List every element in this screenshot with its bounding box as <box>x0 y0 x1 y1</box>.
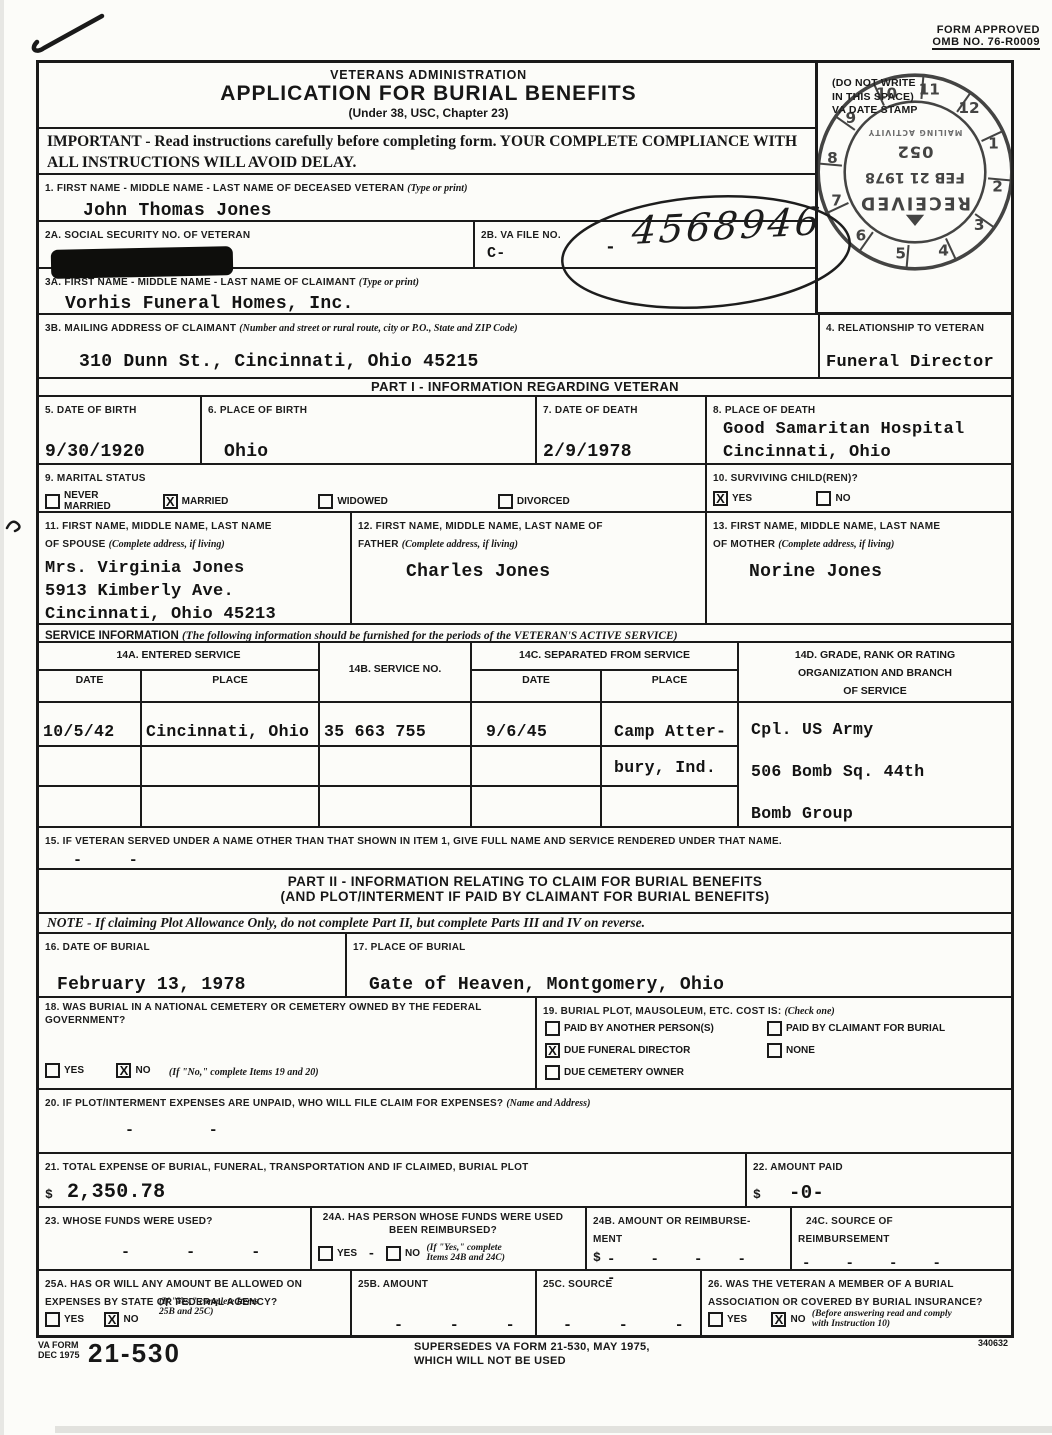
va-form-block: VA FORM DEC 1975 <box>38 1340 80 1361</box>
item-16-17-row: 16. DATE OF BURIAL February 13, 1978 17.… <box>39 934 1011 998</box>
part2-note-row: NOTE - If claiming Plot Allowance Only, … <box>39 914 1011 934</box>
entered-date-value: 10/5/42 <box>39 701 140 745</box>
checkbox-paid-by-claimant-label: PAID BY CLAIMANT FOR BURIAL <box>786 1023 945 1034</box>
item-24a-hint: (If "Yes," complete Items 24B and 24C) <box>426 1243 504 1263</box>
svg-text:2: 2 <box>992 177 1003 195</box>
entered-place-value: Cincinnati, Ohio <box>140 701 318 745</box>
form-approved-block: FORM APPROVED OMB NO. 76-R0009 <box>932 24 1040 50</box>
item-9-label: 9. MARITAL STATUS <box>45 473 146 484</box>
item-24b-cell: 24B. AMOUNT OR REIMBURSE- MENT - - - - -… <box>585 1208 790 1269</box>
checkbox-married-label: MARRIED <box>182 496 229 507</box>
checkbox-surviving-children-yes: X <box>713 491 728 506</box>
form-title: APPLICATION FOR BURIAL BENEFITS <box>39 82 818 106</box>
item-24b-label: 24B. AMOUNT OR REIMBURSE- MENT <box>593 1216 751 1245</box>
date-of-birth-value: 9/30/1920 <box>45 440 194 464</box>
item-8-label: 8. PLACE OF DEATH <box>713 405 815 416</box>
checkbox-national-cemetery-yes-label: YES <box>64 1065 84 1076</box>
item-25c-value: - - - <box>563 1316 694 1336</box>
item-26-hint: (Before answering read and comply with I… <box>812 1309 952 1329</box>
checkbox-surviving-children-yes-label: YES <box>732 493 752 504</box>
item-3b-hint: (Number and street or rural route, city … <box>239 323 517 334</box>
item-20-row: 20. IF PLOT/INTERMENT EXPENSES ARE UNPAI… <box>39 1090 1011 1154</box>
item-20-label: 20. IF PLOT/INTERMENT EXPENSES ARE UNPAI… <box>45 1098 506 1109</box>
item-25b-cell: 25B. AMOUNT - - - <box>350 1271 535 1335</box>
handwritten-circle <box>556 190 860 318</box>
item-23-value: - - - <box>121 1243 304 1263</box>
item-2a-label: 2A. SOCIAL SECURITY NO. OF VETERAN <box>45 230 250 241</box>
svg-text:1: 1 <box>988 135 999 153</box>
item-17-label: 17. PLACE OF BURIAL <box>353 942 466 953</box>
checkbox-due-funeral-director: X <box>545 1043 560 1058</box>
checkbox-never-married <box>45 494 60 509</box>
scan-artifact-bottom <box>55 1426 1052 1433</box>
item-16-cell: 16. DATE OF BURIAL February 13, 1978 <box>39 934 345 996</box>
part2-title: PART II - INFORMATION RELATING TO CLAIM … <box>39 870 1011 912</box>
checkbox-surviving-children-no-label: NO <box>835 493 850 504</box>
part1-header-row: PART I - INFORMATION REGARDING VETERAN <box>39 379 1011 397</box>
part2-header-row: PART II - INFORMATION RELATING TO CLAIM … <box>39 870 1011 914</box>
item-20-hint: (Name and Address) <box>506 1098 590 1109</box>
checkbox-paid-by-another-label: PAID BY ANOTHER PERSON(S) <box>564 1023 714 1034</box>
place-of-birth-value: Ohio <box>224 440 529 464</box>
separated-place-value-1: Camp Atter- <box>600 701 737 745</box>
amount-paid-value: -0- <box>789 1181 1005 1207</box>
part1-title: PART I - INFORMATION REGARDING VETERAN <box>39 379 1011 395</box>
item-9-10-row: 9. MARITAL STATUS NEVER MARRIED XMARRIED… <box>39 465 1011 513</box>
item-25-26-row: 25A. HAS OR WILL ANY AMOUNT BE ALLOWED O… <box>39 1271 1011 1335</box>
service-info-heading-hint: (The following information should be fur… <box>182 630 678 642</box>
item-10-cell: 10. SURVIVING CHILD(REN)? XYES NO <box>705 465 1011 511</box>
checkbox-national-cemetery-yes <box>45 1063 60 1078</box>
service-table-row: 14A. ENTERED SERVICE 14B. SERVICE NO. 14… <box>39 643 1011 828</box>
va-form-label: VA FORM <box>38 1340 80 1350</box>
svg-text:5: 5 <box>895 245 906 263</box>
item-20-value: - - <box>125 1121 1005 1141</box>
checkbox-burial-insurance-no-label: NO <box>790 1314 805 1325</box>
supersedes-note: SUPERSEDES VA FORM 21-530, MAY 1975, WHI… <box>414 1340 650 1369</box>
item-24b-currency: $ <box>593 1250 601 1265</box>
item-23-label: 23. WHOSE FUNDS WERE USED? <box>45 1216 213 1227</box>
item-5-cell: 5. DATE OF BIRTH 9/30/1920 <box>39 397 200 463</box>
item-18-hint: (If "No," complete Items 19 and 20) <box>169 1067 319 1078</box>
checkbox-due-funeral-director-label: DUE FUNERAL DIRECTOR <box>564 1045 690 1056</box>
separated-place-header: PLACE <box>600 669 737 701</box>
col-14c-header: 14C. SEPARATED FROM SERVICE <box>519 646 690 661</box>
item-7-label: 7. DATE OF DEATH <box>543 405 638 416</box>
item-21-label: 21. TOTAL EXPENSE OF BURIAL, FUNERAL, TR… <box>45 1162 529 1173</box>
item-25c-cell: 25C. SOURCE - - - <box>535 1271 700 1335</box>
separated-date-header: DATE <box>470 669 600 701</box>
checkbox-national-cemetery-no-label: NO <box>135 1065 150 1076</box>
form-number: 21-530 <box>88 1338 181 1369</box>
important-notice: IMPORTANT - Read instructions carefully … <box>39 129 818 175</box>
item-22-label: 22. AMOUNT PAID <box>753 1162 843 1173</box>
checkbox-burial-insurance-yes <box>708 1312 723 1327</box>
agency-name: VETERANS ADMINISTRATION <box>39 68 818 82</box>
item-24a-cell: 24A. HAS PERSON WHOSE FUNDS WERE USED BE… <box>310 1208 585 1269</box>
checkbox-state-federal-yes-label: YES <box>64 1314 84 1325</box>
checkbox-national-cemetery-no: X <box>116 1063 131 1078</box>
item-6-cell: 6. PLACE OF BIRTH Ohio <box>200 397 535 463</box>
item-2a-cell: 2A. SOCIAL SECURITY NO. OF VETERAN <box>39 222 473 267</box>
separated-date-value: 9/6/45 <box>470 701 600 745</box>
item-5-8-row: 5. DATE OF BIRTH 9/30/1920 6. PLACE OF B… <box>39 397 1011 465</box>
checkbox-widowed <box>318 494 333 509</box>
item-10-label: 10. SURVIVING CHILD(REN)? <box>713 473 858 484</box>
item-11-hint: (Complete address, if living) <box>109 539 225 550</box>
item-5-label: 5. DATE OF BIRTH <box>45 405 137 416</box>
item-24c-label: 24C. SOURCE OF REIMBURSEMENT <box>798 1216 893 1245</box>
item-21-currency: $ <box>45 1187 53 1202</box>
item-16-label: 16. DATE OF BURIAL <box>45 942 150 953</box>
item-24a-label: 24A. HAS PERSON WHOSE FUNDS WERE USED BE… <box>318 1211 568 1237</box>
item-25c-label: 25C. SOURCE <box>543 1279 612 1290</box>
item-21-22-row: 21. TOTAL EXPENSE OF BURIAL, FUNERAL, TR… <box>39 1154 1011 1208</box>
item-11-13-row: 11. FIRST NAME, MIDDLE NAME, LAST NAME O… <box>39 513 1011 625</box>
svg-text:3: 3 <box>974 216 985 234</box>
checkbox-never-married-label: NEVER MARRIED <box>64 490 111 512</box>
item-3b-4-row: 3B. MAILING ADDRESS OF CLAIMANT (Number … <box>39 315 1011 379</box>
item-15-label: 15. IF VETERAN SERVED UNDER A NAME OTHER… <box>45 836 782 847</box>
item-2b-label: 2B. VA FILE NO. <box>481 230 561 241</box>
item-3b-cell: 3B. MAILING ADDRESS OF CLAIMANT (Number … <box>39 315 818 377</box>
checkbox-none <box>767 1043 782 1058</box>
item-26-cell: 26. WAS THE VETERAN A MEMBER OF A BURIAL… <box>700 1271 1011 1335</box>
item-26-label: 26. WAS THE VETERAN A MEMBER OF A BURIAL… <box>708 1279 983 1308</box>
item-25b-label: 25B. AMOUNT <box>358 1279 428 1290</box>
total-expense-value: 2,350.78 <box>67 1179 739 1206</box>
checkbox-surviving-children-no <box>816 491 831 506</box>
stamp-received-text: RECEIVED <box>859 192 971 212</box>
checkbox-state-federal-no-label: NO <box>123 1314 138 1325</box>
item-19-label: 19. BURIAL PLOT, MAUSOLEUM, ETC. COST IS… <box>543 1006 784 1017</box>
checkbox-widowed-label: WIDOWED <box>337 496 388 507</box>
checkbox-none-label: NONE <box>786 1045 815 1056</box>
svg-text:8: 8 <box>827 149 838 167</box>
item-3a-hint: (Type or print) <box>359 277 419 288</box>
relationship-value: Funeral Director <box>826 352 1005 375</box>
item-7-cell: 7. DATE OF DEATH 2/9/1978 <box>535 397 705 463</box>
item-24c-cell: 24C. SOURCE OF REIMBURSEMENT - - - - <box>790 1208 1011 1269</box>
mother-value: Norine Jones <box>749 560 1005 584</box>
item-1-label: 1. FIRST NAME - MIDDLE NAME - LAST NAME … <box>45 183 407 194</box>
checkbox-married: X <box>163 494 178 509</box>
item-13-cell: 13. FIRST NAME, MIDDLE NAME, LAST NAME O… <box>705 513 1011 623</box>
item-11-cell: 11. FIRST NAME, MIDDLE NAME, LAST NAME O… <box>39 513 350 623</box>
item-25a-cell: 25A. HAS OR WILL ANY AMOUNT BE ALLOWED O… <box>39 1271 350 1335</box>
spouse-value: Mrs. Virginia Jones 5913 Kimberly Ave. C… <box>45 558 344 627</box>
item-4-cell: 4. RELATIONSHIP TO VETERAN Funeral Direc… <box>818 315 1011 377</box>
item-22-currency: $ <box>753 1187 761 1202</box>
svg-text:11: 11 <box>919 81 940 99</box>
col-14a-header: 14A. ENTERED SERVICE <box>116 646 240 661</box>
checkbox-paid-by-another <box>545 1021 560 1036</box>
item-18-cell: 18. WAS BURIAL IN A NATIONAL CEMETERY OR… <box>39 998 535 1088</box>
checkbox-due-cemetery-owner <box>545 1065 560 1080</box>
item-6-label: 6. PLACE OF BIRTH <box>208 405 307 416</box>
item-3a-label: 3A. FIRST NAME - MIDDLE NAME - LAST NAME… <box>45 277 359 288</box>
item-15-row: 15. IF VETERAN SERVED UNDER A NAME OTHER… <box>39 828 1011 870</box>
item-9-cell: 9. MARITAL STATUS NEVER MARRIED XMARRIED… <box>39 465 705 511</box>
stamp-code-text: 052 <box>896 143 933 162</box>
col-14b-header: 14B. SERVICE NO. <box>349 660 442 675</box>
item-3b-label: 3B. MAILING ADDRESS OF CLAIMANT <box>45 323 239 334</box>
checkbox-state-federal-no: X <box>104 1312 119 1327</box>
item-18-label: 18. WAS BURIAL IN A NATIONAL CEMETERY OR… <box>45 1001 485 1027</box>
item-15-value: - - <box>73 851 1005 871</box>
item-23-cell: 23. WHOSE FUNDS WERE USED? - - - <box>39 1208 310 1269</box>
place-of-death-value: Good Samaritan Hospital Cincinnati, Ohio <box>723 419 1005 465</box>
svg-text:9: 9 <box>845 109 856 127</box>
checkbox-reimbursed-yes-label: YES <box>337 1248 357 1259</box>
grade-line-1: Cpl. US Army <box>751 719 873 741</box>
service-no-value: 35 663 755 <box>318 701 470 745</box>
entered-place-header: PLACE <box>140 669 318 701</box>
father-value: Charles Jones <box>406 560 699 584</box>
item-4-label: 4. RELATIONSHIP TO VETERAN <box>826 323 984 334</box>
col-14d-header: 14D. GRADE, RANK OR RATING ORGANIZATION … <box>795 646 955 697</box>
checkbox-divorced <box>498 494 513 509</box>
checkbox-divorced-label: DIVORCED <box>517 496 570 507</box>
checkbox-reimbursed-no-label: NO <box>405 1248 420 1259</box>
service-info-heading-row: SERVICE INFORMATION (The following infor… <box>39 625 1011 643</box>
svg-text:12: 12 <box>958 99 979 117</box>
grade-line-2: 506 Bomb Sq. 44th <box>751 761 924 783</box>
date-of-death-value: 2/9/1978 <box>543 440 699 464</box>
burial-benefits-form: (DO NOT WRITE IN THIS SPACE) VA DATE STA… <box>36 60 1014 1338</box>
item-21-cell: 21. TOTAL EXPENSE OF BURIAL, FUNERAL, TR… <box>39 1154 745 1206</box>
separated-place-value-2: bury, Ind. <box>600 745 737 785</box>
item-13-hint: (Complete address, if living) <box>778 539 894 550</box>
important-notice-row: IMPORTANT - Read instructions carefully … <box>39 129 818 175</box>
eagle-mark <box>906 215 924 226</box>
item-18-19-row: 18. WAS BURIAL IN A NATIONAL CEMETERY OR… <box>39 998 1011 1090</box>
grade-line-3: Bomb Group <box>751 803 853 825</box>
va-form-date: DEC 1975 <box>38 1350 80 1360</box>
checkbox-reimbursed-yes <box>318 1246 333 1261</box>
item-19-cell: 19. BURIAL PLOT, MAUSOLEUM, ETC. COST IS… <box>535 998 1011 1088</box>
item-25a-hint: (If "Yes," complete Items 25B and 25C) <box>159 1297 258 1317</box>
item-19-hint: (Check one) <box>784 1006 834 1017</box>
place-of-burial-value: Gate of Heaven, Montgomery, Ohio <box>369 973 1005 997</box>
print-code: 340632 <box>978 1338 1008 1348</box>
stamp-date-text: FEB 21 1978 <box>865 169 965 185</box>
checkbox-burial-insurance-no: X <box>771 1312 786 1327</box>
svg-text:4: 4 <box>938 242 949 260</box>
item-8-cell: 8. PLACE OF DEATH Good Samaritan Hospita… <box>705 397 1011 463</box>
part2-note: NOTE - If claiming Plot Allowance Only, … <box>39 914 1011 932</box>
item-24a-dash: - <box>367 1246 375 1261</box>
item-25b-value: - - - <box>394 1316 529 1336</box>
scanned-form-page: FORM APPROVED OMB NO. 76-R0009 (DO NOT W… <box>0 0 1052 1435</box>
svg-text:10: 10 <box>876 85 897 103</box>
entered-date-header: DATE <box>39 669 140 701</box>
form-subtitle: (Under 38, USC, Chapter 23) <box>39 106 818 120</box>
item-1-hint: (Type or print) <box>407 183 467 194</box>
item-12-hint: (Complete address, if living) <box>402 539 518 550</box>
service-info-heading: SERVICE INFORMATION <box>45 630 182 642</box>
item-23-24-row: 23. WHOSE FUNDS WERE USED? - - - 24A. HA… <box>39 1208 1011 1271</box>
checkbox-state-federal-yes <box>45 1312 60 1327</box>
date-of-burial-value: February 13, 1978 <box>57 973 339 997</box>
grade-branch-cell: Cpl. US Army 506 Bomb Sq. 44th Bomb Grou… <box>737 701 1011 826</box>
stamp-activity-text: MAILING ACTIVITY <box>868 128 963 137</box>
service-table: 14A. ENTERED SERVICE 14B. SERVICE NO. 14… <box>39 643 1011 826</box>
claimant-address-value: 310 Dunn St., Cincinnati, Ohio 45215 <box>79 350 812 374</box>
va-file-prefix: C- <box>487 244 506 264</box>
checkbox-due-cemetery-owner-label: DUE CEMETERY OWNER <box>564 1067 684 1078</box>
item-22-cell: 22. AMOUNT PAID $ -0- <box>745 1154 1011 1206</box>
item-12-cell: 12. FIRST NAME, MIDDLE NAME, LAST NAME O… <box>350 513 705 623</box>
pen-squiggle-mark <box>4 512 34 538</box>
form-title-block: VETERANS ADMINISTRATION APPLICATION FOR … <box>39 63 818 129</box>
handwritten-checkmark <box>26 6 110 58</box>
checkbox-burial-insurance-yes-label: YES <box>727 1314 747 1325</box>
checkbox-reimbursed-no <box>386 1246 401 1261</box>
checkbox-paid-by-claimant <box>767 1021 782 1036</box>
omb-number: OMB NO. 76-R0009 <box>932 36 1040 50</box>
scan-artifact-left <box>0 0 4 1435</box>
item-17-cell: 17. PLACE OF BURIAL Gate of Heaven, Mont… <box>345 934 1011 996</box>
form-approved-line: FORM APPROVED <box>932 24 1040 36</box>
